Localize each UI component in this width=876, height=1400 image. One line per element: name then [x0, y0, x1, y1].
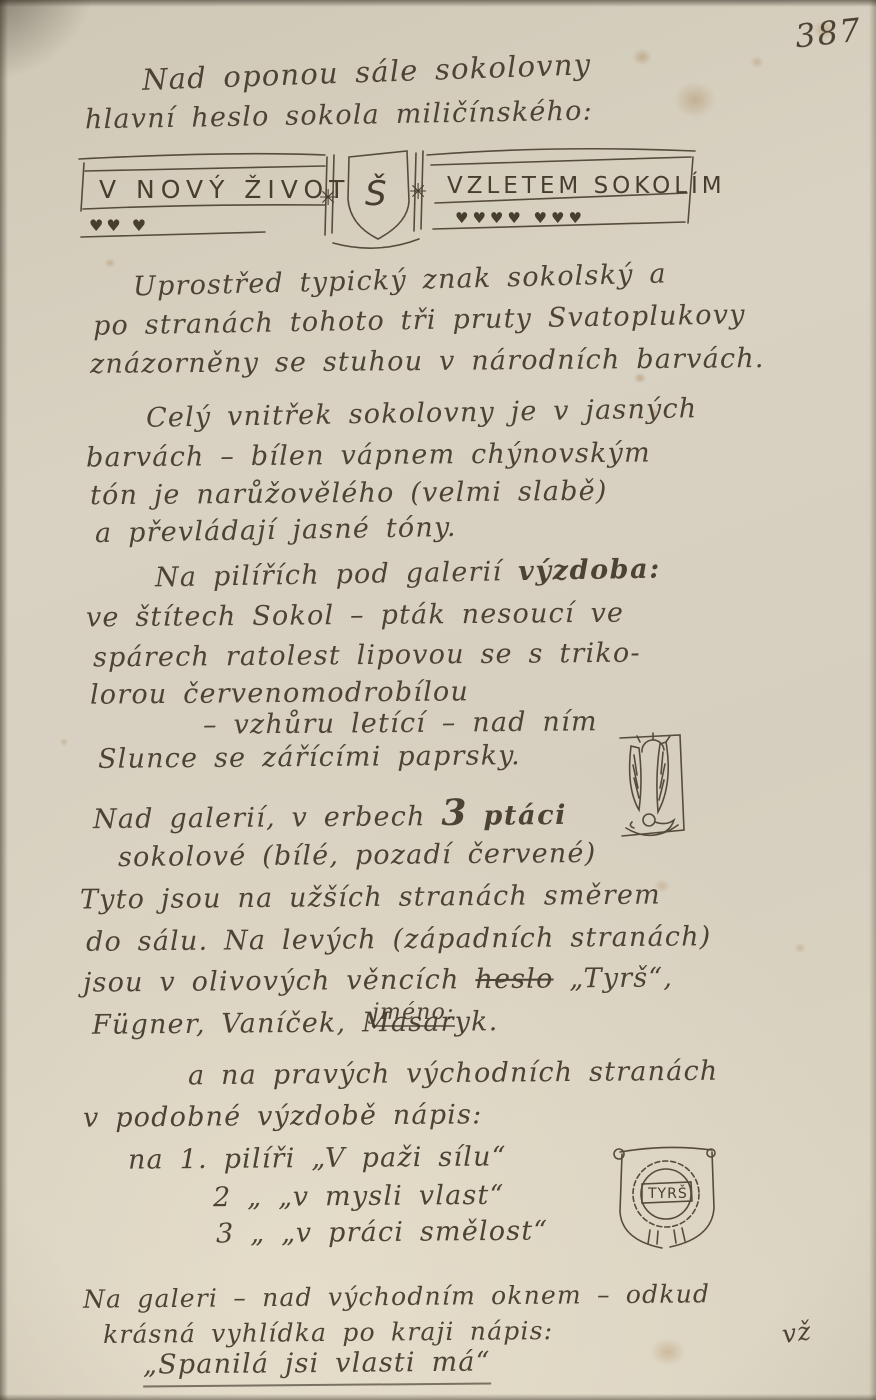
line-p4-1-number: 3 — [441, 792, 468, 834]
wreath-frame-top — [620, 1147, 712, 1152]
line-p7-2: krásná vyhlídka po kraji nápis: — [103, 1316, 554, 1349]
line-p5-3-suffix: „Tyrš“, — [553, 962, 673, 994]
line-p3-1-emphasis: výzdoba: — [518, 554, 661, 587]
sun-arc — [642, 740, 664, 752]
star-icon: ✳ — [409, 180, 427, 205]
banner-right-motto: VZLETEM SOKOLÍM — [447, 171, 726, 199]
banner-top-line-right — [427, 149, 695, 155]
line-p3-5: – vzhůru letící – nad ním — [203, 706, 598, 740]
line-p4-1: Nad galerií, v erbech 3 ptáci — [93, 791, 567, 837]
wreath-label: TYRŠ — [647, 1184, 688, 1202]
wreath-sketch: TYRŠ — [612, 1140, 720, 1252]
line-p1-1: Uprostřed typický znak sokolský a — [133, 258, 667, 302]
heading-line-1: Nad oponou sále sokolovny — [142, 47, 592, 97]
line-p1-3: znázorněny se stuhou v národních barvách… — [90, 343, 765, 380]
ribbon-ends — [648, 1228, 685, 1244]
banner-top-line-left — [79, 154, 325, 159]
line-p5-1: Tyto jsou na užších stranách směrem — [80, 879, 661, 915]
line-p3-3: spárech ratolest lipovou se s triko- — [93, 638, 641, 674]
line-p2-2: barvách – bílen vápnem chýnovským — [86, 438, 651, 474]
line-p2-3: tón je narůžovělého (velmi slabě) — [90, 476, 608, 512]
line-p5-4: Fügner, Vaníček, Masaryk. — [92, 1006, 499, 1041]
line-p5-2: do sálu. Na levých (západních stranách) — [86, 921, 712, 957]
banner-left-edge — [81, 163, 84, 211]
page-number: 387 — [793, 11, 864, 56]
line-p6-5: 3 „ „v práci smělost“ — [216, 1216, 549, 1250]
line-p1-2: po stranách tohoto tři pruty Svatoplukov… — [93, 299, 746, 341]
banner-left-inner-top — [85, 166, 325, 171]
line-p5-3: jsou v olivových věncích heslo „Tyrš“, — [83, 962, 673, 998]
falcon-head — [643, 814, 655, 826]
line-p2-1: Celý vnitřek sokolovny je v jasných — [146, 393, 698, 434]
crossed-out-word: heslo — [475, 963, 553, 995]
line-p4-1-prefix: Nad galerií, v erbech — [93, 801, 442, 835]
banner-sketch: V NOVÝ ŽIVOT ♥♥ ♥ ✳ ✳ Š VZLETEM SOKOLÍM … — [75, 143, 705, 258]
line-p2-4: a převládají jasné tóny. — [95, 512, 457, 549]
line-p6-3: na 1. pilíři „V paži sílu“ — [128, 1141, 507, 1175]
line-p4-2: sokolové (bílé, pozadí červené) — [118, 838, 597, 873]
line-p3-6: Slunce se zářícími paprsky. — [98, 740, 521, 775]
line-p7-quote: „Spanilá jsi vlasti má“ — [143, 1346, 491, 1387]
corner-monogram: vž — [780, 1316, 813, 1349]
wing-hatching — [659, 752, 665, 800]
sokol-monogram: Š — [365, 173, 387, 214]
banner-right-inner-top — [431, 157, 691, 165]
line-p6-2: v podobné výzdobě nápis: — [83, 1099, 483, 1133]
line-p6-1: a na pravých východních stranách — [188, 1056, 719, 1092]
line-p3-1-prefix: Na pilířích pod galerií — [155, 556, 519, 593]
line-p7-1: Na galeri – nad východním oknem – odkud — [83, 1279, 710, 1313]
falcon-sketch — [608, 730, 693, 855]
line-p6-4: 2 „ „v mysli vlast“ — [213, 1180, 505, 1214]
banner-left-hearts: ♥♥ ♥ — [89, 216, 149, 235]
banner-right-hearts: ♥♥♥♥ ♥♥♥ — [455, 209, 586, 227]
banner-left-motto: V NOVÝ ŽIVOT — [99, 175, 350, 204]
line-p4-1-emphasis: ptáci — [483, 800, 567, 832]
heading-line-2: hlavní heslo sokola miličínského: — [85, 96, 593, 136]
banner-left-under-text — [83, 205, 325, 209]
line-p3-2: ve štítech Sokol – pták nesoucí ve — [86, 598, 624, 634]
star-icon: ✳ — [319, 186, 337, 211]
wing-hatching — [633, 755, 639, 798]
line-p3-1: Na pilířích pod galerií výzdoba: — [155, 554, 661, 594]
line-p5-3-prefix: jsou v olivových věncích — [83, 964, 476, 998]
line-p3-4: lorou červenomodrobílou — [90, 676, 469, 710]
shield-under-curve — [333, 239, 419, 248]
manuscript-page: 387 Nad oponou sále sokolovny hlavní hes… — [0, 0, 876, 1400]
